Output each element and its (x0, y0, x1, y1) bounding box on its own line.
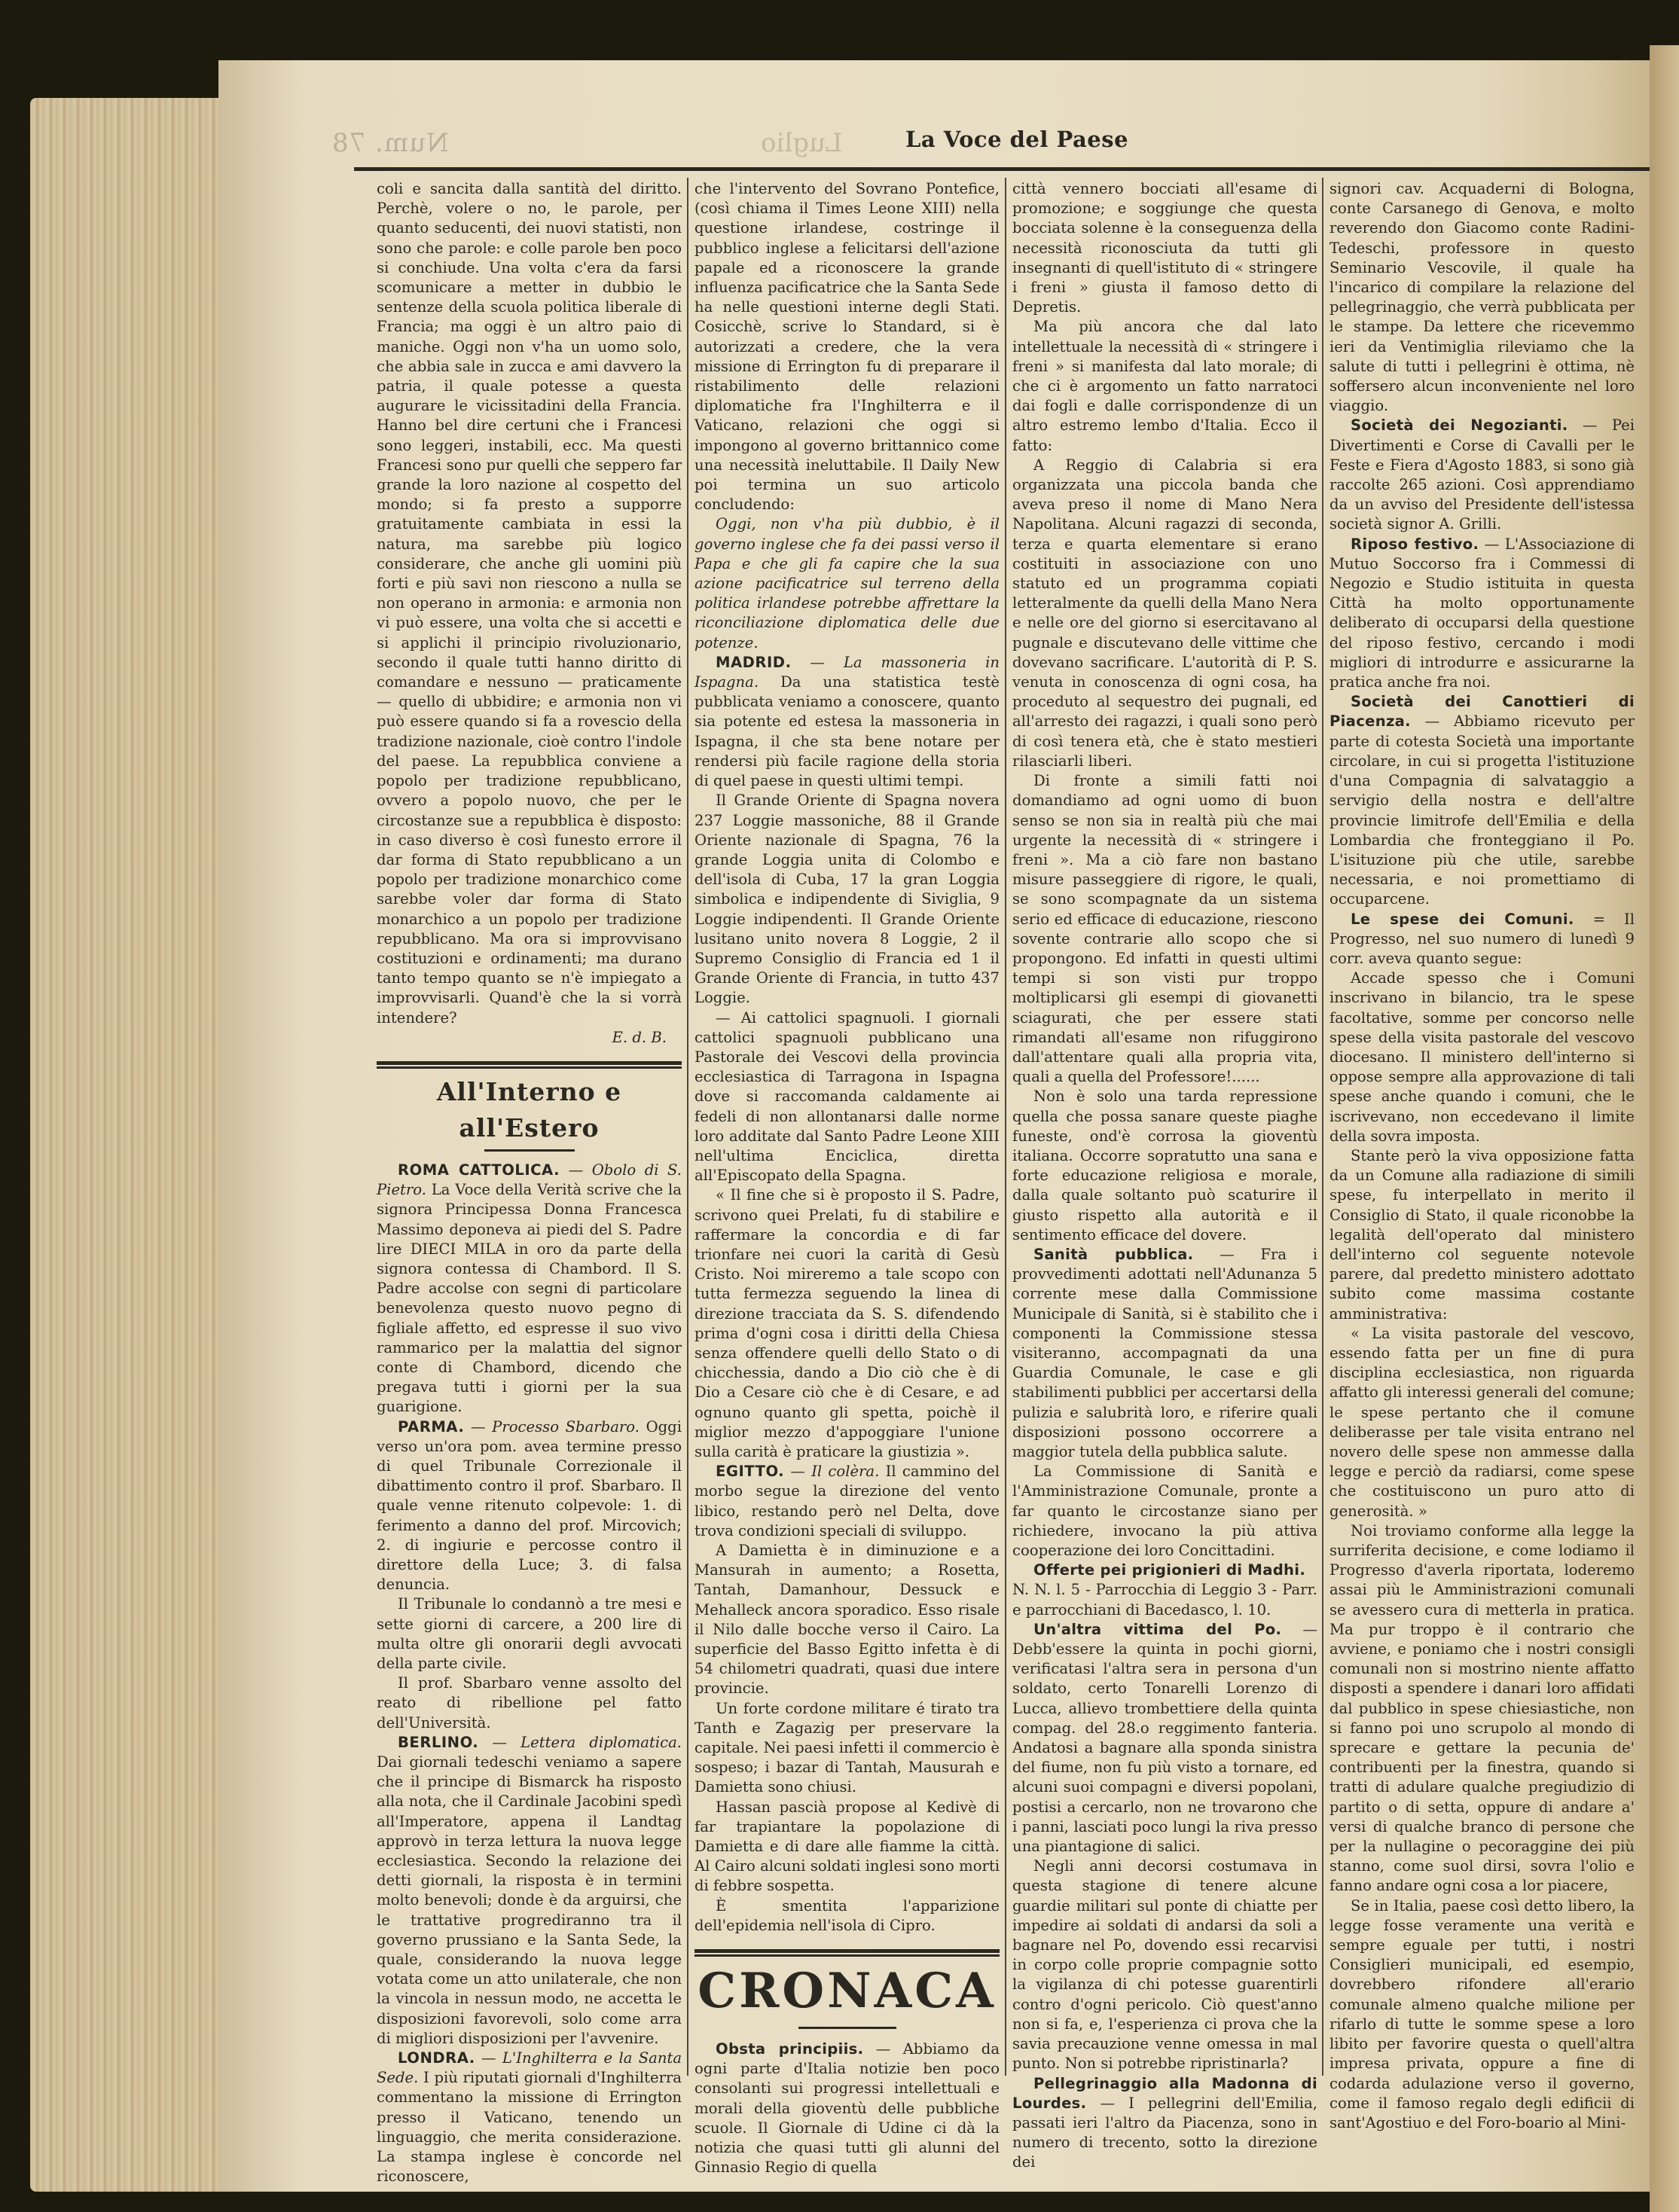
short-rule (798, 2027, 896, 2029)
article-paragraph: La Commissione di Sanità e l'Amministraz… (1012, 1462, 1317, 1561)
news-item-sanita: Sanità pubblica. — Fra i provvedimenti a… (1012, 1245, 1317, 1462)
news-item-londra: LONDRA. — L'Inghilterra e la Santa Sede.… (377, 2049, 682, 2186)
masthead-title: La Voce del Paese (829, 127, 1205, 152)
column-divider (687, 178, 688, 2076)
short-rule (484, 1149, 575, 1152)
article-paragraph: — Ai cattolici spagnuoli. I giornali cat… (694, 1008, 1000, 1186)
news-item-canottieri: Società dei Canottieri di Piacenza. — Ab… (1329, 692, 1635, 909)
article-paragraph: Non è solo una tarda repressione quella … (1012, 1087, 1317, 1245)
column-1: coli e sancita dalla santità del diritto… (377, 179, 682, 2187)
news-item-vittima-po: Un'altra vittima del Po. — Debb'essere l… (1012, 1620, 1317, 1857)
article-paragraph: che l'intervento del Sovrano Pontefice, … (694, 179, 1000, 514)
article-paragraph: « La visita pastorale del vescovo, essen… (1329, 1324, 1635, 1521)
book-page-edges (30, 98, 226, 2192)
article-signature: E. d. B. (377, 1028, 682, 1048)
article-paragraph: « Il fine che si è proposto il S. Padre,… (694, 1185, 1000, 1462)
news-item-parma: PARMA. — Processo Sbarbaro. Oggi verso u… (377, 1417, 682, 1595)
article-paragraph: Il Tribunale lo condannò a tre mesi e se… (377, 1594, 682, 1673)
article-paragraph: Il Grande Oriente di Spagna novera 237 L… (694, 791, 1000, 1008)
article-paragraph: Noi troviamo conforme alla legge la surr… (1329, 1521, 1635, 1896)
bleed-through-issue-number: Num. 78 (331, 128, 449, 158)
article-paragraph: signori cav. Acquaderni di Bologna, cont… (1329, 179, 1635, 416)
news-item-pellegrinaggio: Pellegrinaggio alla Madonna di Lourdes. … (1012, 2074, 1317, 2173)
article-paragraph: Negli anni decorsi costumava in questa s… (1012, 1857, 1317, 2073)
section-rule (694, 1949, 1000, 1954)
facing-page-edge (1650, 45, 1679, 2212)
article-paragraph: È smentita l'apparizione dell'epidemia n… (694, 1896, 1000, 1936)
article-paragraph: A Damietta è in diminuzione e a Mansurah… (694, 1541, 1000, 1699)
article-paragraph: N. N. l. 5 - Parrocchia di Leggio 3 - Pa… (1012, 1580, 1317, 1619)
news-item-negozianti: Società dei Negozianti. — Pei Divertimen… (1329, 416, 1635, 534)
news-item-egitto: EGITTO. — Il colèra. Il cammino del morb… (694, 1462, 1000, 1541)
news-item-riposo: Riposo festivo. — L'Associazione di Mutu… (1329, 535, 1635, 693)
news-item-roma: ROMA CATTOLICA. — Obolo di S. Pietro. La… (377, 1161, 682, 1417)
article-paragraph: Ma più ancora che dal lato intellettuale… (1012, 317, 1317, 455)
column-divider (1005, 178, 1006, 2076)
article-paragraph: Un forte cordone militare é tirato tra T… (694, 1699, 1000, 1798)
article-paragraph: Se in Italia, paese così detto libero, l… (1329, 1896, 1635, 2133)
section-title-cronaca: CRONACA (694, 1960, 1000, 2022)
article-paragraph: A Reggio di Calabria si era organizzata … (1012, 456, 1317, 771)
section-rule (377, 1061, 682, 1066)
news-item-madrid: MADRID. — La massoneria in Ispagna. Da u… (694, 653, 1000, 791)
article-paragraph: Il prof. Sbarbaro venne assolto del reat… (377, 1673, 682, 1733)
article-paragraph: Di fronte a simili fatti noi domandiamo … (1012, 771, 1317, 1087)
column-2: che l'intervento del Sovrano Pontefice, … (694, 179, 1000, 2178)
article-paragraph: Hassan pascià propose al Kedivè di far t… (694, 1798, 1000, 1896)
news-item-offerte-heading: Offerte pei prigionieri di Madhi. (1012, 1561, 1317, 1580)
column-divider (1322, 178, 1323, 2076)
article-paragraph: città vennero bocciati all'esame di prom… (1012, 179, 1317, 317)
article-paragraph: Oggi, non v'ha più dubbio, è il governo … (694, 514, 1000, 652)
column-4: signori cav. Acquaderni di Bologna, cont… (1329, 179, 1635, 2133)
news-item-obsta: Obsta principiis. — Abbiamo da ogni part… (694, 2040, 1000, 2177)
article-paragraph: Stante però la viva opposizione fatta da… (1329, 1146, 1635, 1324)
section-title-interno-estero: All'Interno e all'Estero (377, 1074, 682, 1146)
column-3: città vennero bocciati all'esame di prom… (1012, 179, 1317, 2173)
news-item-spese-comuni: Le spese dei Comuni. = Il Progresso, nel… (1329, 910, 1635, 969)
article-paragraph: coli e sancita dalla santità del diritto… (377, 179, 682, 1028)
header-rule (354, 167, 1650, 171)
article-paragraph: Accade spesso che i Comuni inscrivano in… (1329, 969, 1635, 1146)
news-item-berlino: BERLINO. — Lettera diplomatica. Dai gior… (377, 1733, 682, 2049)
